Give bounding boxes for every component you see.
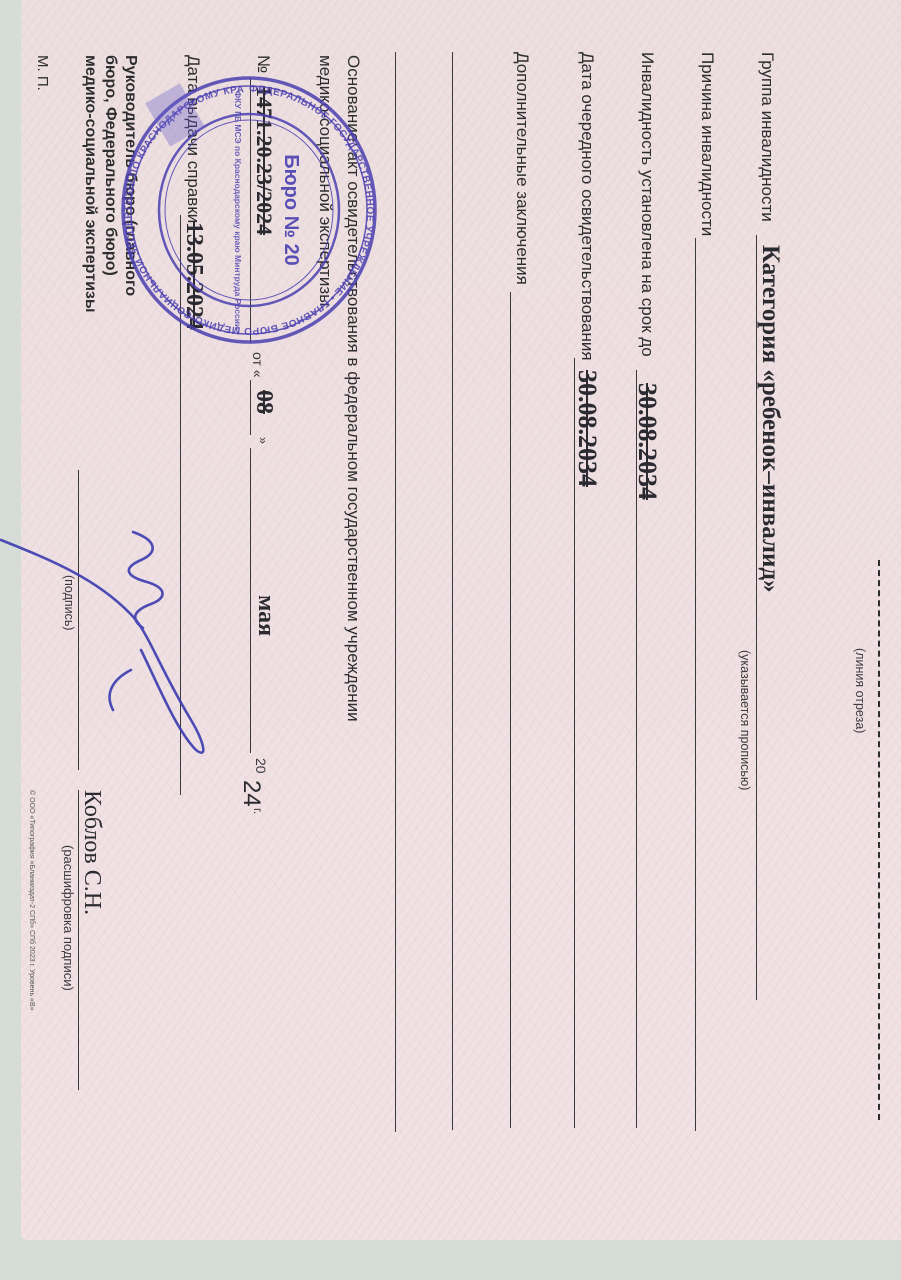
additional-conclusions-line-2: [452, 52, 453, 1130]
cut-line-label: (линия отреза): [853, 648, 867, 733]
basis-month-value[interactable]: мая: [252, 595, 279, 636]
certificate-page: (линия отреза) Группа инвалидности Катег…: [0, 0, 901, 1280]
official-stamp: ФЕДЕРАЛЬНОЕ ГОСУДАРСТВЕННОЕ УЧРЕЖДЕНИЕ •…: [113, 50, 385, 370]
basis-year-unit: г.: [251, 808, 265, 814]
next-examination-label: Дата очередного освидетельствования: [577, 52, 597, 361]
disability-group-hint: (указывается прописью): [738, 650, 752, 790]
basis-year-prefix: 20: [253, 758, 269, 774]
head-title-line-3: медико-социальной экспертизы: [81, 55, 99, 313]
stamp-inner-text: ФКУ ГБ МСЭ по Краснодарскому краю Минтру…: [233, 91, 243, 329]
stamp-center-text: Бюро № 20: [280, 154, 302, 266]
disability-cause-line: [695, 238, 696, 1131]
additional-conclusions-line: [510, 292, 511, 1128]
name-caption: (расшифровка подписи): [61, 845, 76, 991]
footer-print: © ООО «Типография «Бланкиздат-2 СПб» СПб…: [28, 790, 35, 1011]
additional-conclusions-label: Дополнительные заключения: [512, 52, 532, 285]
handwritten-signature: [0, 520, 251, 820]
basis-day-value[interactable]: 08: [250, 390, 277, 414]
valid-until-value[interactable]: 30.08.2034: [632, 383, 662, 500]
cut-line: [878, 560, 880, 1120]
disability-group-label: Группа инвалидности: [757, 52, 777, 222]
disability-cause-label: Причина инвалидности: [697, 52, 717, 236]
disability-group-value[interactable]: Категория «ребенок–инвалид»: [756, 245, 784, 593]
basis-day-close: »: [256, 437, 270, 444]
next-examination-value[interactable]: 30.08.2034: [572, 370, 602, 487]
additional-conclusions-line-3: [395, 52, 396, 1132]
seal-label: М. П.: [34, 55, 51, 91]
valid-until-label: Инвалидность установлена на срок до: [637, 52, 657, 357]
